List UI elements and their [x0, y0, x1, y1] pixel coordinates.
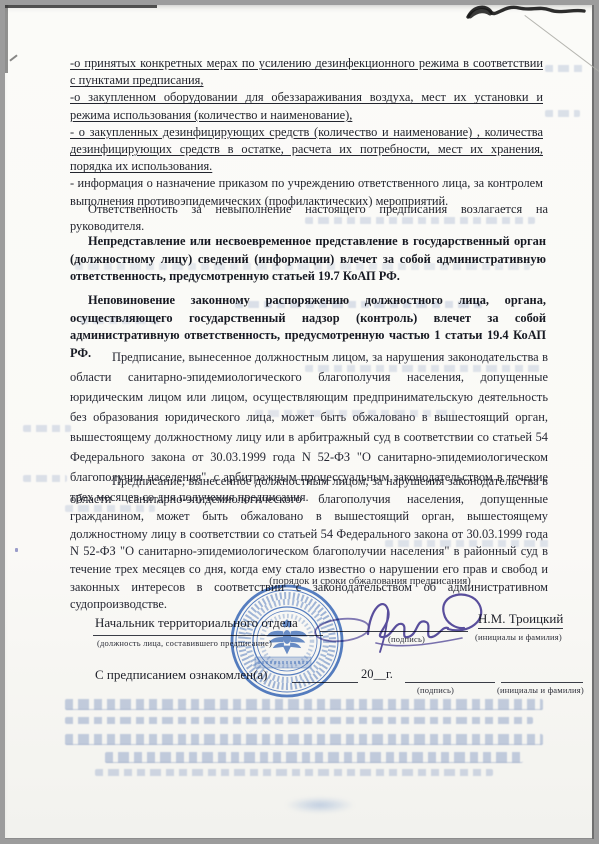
responsibility-paragraph: Ответственность за невыполнение настояще… [70, 201, 548, 235]
staple-mark [460, 1, 595, 23]
acknowledgment-name-caption: (инициалы и фамилия) [497, 685, 584, 695]
list-item: -о принятых конкретных мерах по усилению… [70, 55, 543, 89]
bleedthrough-text-ghost [23, 475, 67, 482]
scan-edge-left [5, 5, 8, 73]
scan-tick-mark [9, 54, 17, 61]
bleedthrough-text-ghost [545, 65, 585, 72]
bleedthrough-text-ghost [105, 752, 523, 763]
bleedthrough-text-ghost [95, 769, 493, 776]
paper-sheet: -о принятых конкретных мерах по усилению… [5, 5, 594, 839]
list-item: -о закупленном оборудовании для обеззара… [70, 89, 543, 123]
bleedthrough-text-ghost [545, 110, 580, 117]
ink-speck [15, 548, 18, 552]
liability-paragraph-koap-19-7: Непредставление или несвоевременное пред… [70, 233, 546, 286]
double-headed-eagle-icon [267, 619, 308, 654]
acknowledgment-signature-caption: (подпись) [417, 685, 454, 695]
list-item: - о закупленных дезинфицирующих средств … [70, 124, 543, 176]
bleedthrough-text-ghost [65, 717, 533, 724]
stamp-ghost-smudge [285, 797, 355, 813]
acknowledgment-signature-line [405, 682, 495, 683]
prescription-report-list: -о принятых конкретных мерах по усилению… [70, 55, 543, 210]
scan-edge-top [5, 5, 157, 8]
scanned-document-page: -о принятых конкретных мерах по усилению… [0, 0, 599, 844]
acknowledgment-name-line [501, 682, 583, 683]
bleedthrough-text-ghost [65, 734, 543, 745]
stamp-number-banner [255, 657, 311, 668]
handwritten-signature [310, 580, 505, 675]
bleedthrough-text-ghost [23, 425, 71, 432]
